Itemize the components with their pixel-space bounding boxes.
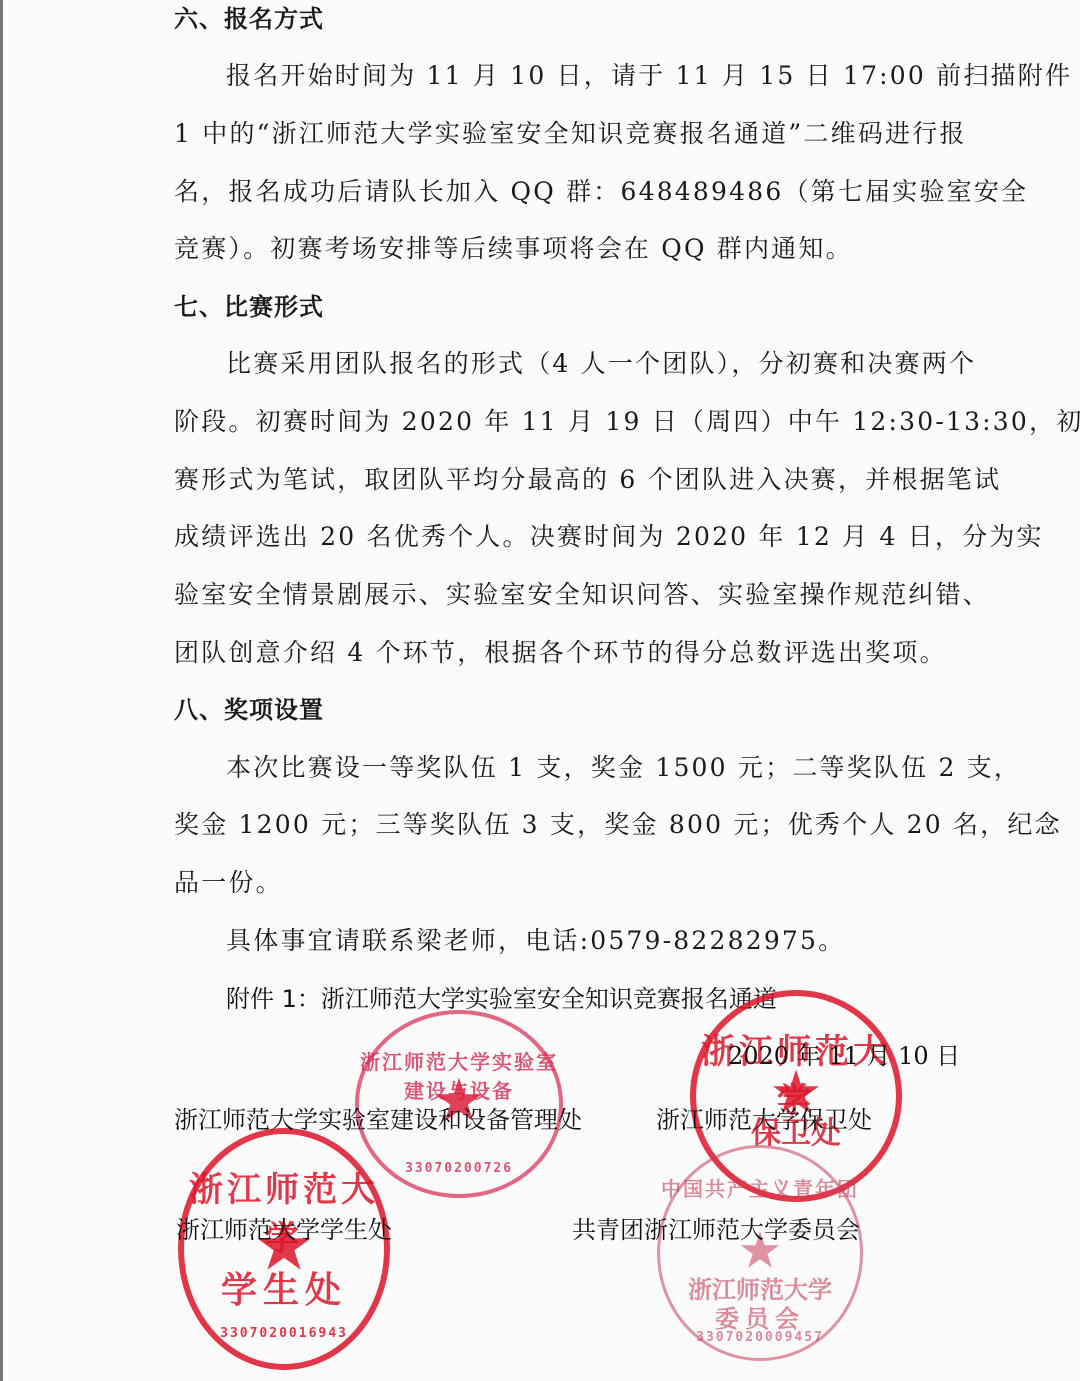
signatory-security-office: 浙江师范大学保卫处	[656, 1104, 872, 1136]
paragraph-line: 1 中的“浙江师范大学实验室安全知识竞赛报名通道”二维码进行报	[174, 117, 944, 151]
paragraph-line: 奖金 1200 元；三等奖队伍 3 支，奖金 800 元；优秀个人 20 名，纪…	[174, 808, 944, 842]
section-heading-awards: 八、奖项设置	[174, 693, 944, 727]
paragraph-line: 名，报名成功后请队长加入 QQ 群：648489486（第七届实验室安全	[174, 175, 944, 209]
paragraph-line: 成绩评选出 20 名优秀个人。决赛时间为 2020 年 12 月 4 日，分为实	[174, 520, 944, 554]
stamp-student-affairs: 浙江师范大学 ★ 学生处 3307020016943	[178, 1128, 390, 1370]
paragraph-line: 赛形式为笔试，取团队平均分最高的 6 个团队进入决赛，并根据笔试	[174, 463, 944, 497]
paragraph-line: 竞赛）。初赛考场安排等后续事项将会在 QQ 群内通知。	[174, 232, 944, 266]
paragraph-line: 品一份。	[174, 866, 944, 900]
attachment-line: 附件 1：浙江师范大学实验室安全知识竞赛报名通道	[226, 983, 777, 1015]
signatory-youth-league: 共青团浙江师范大学委员会	[572, 1214, 860, 1246]
paragraph-line: 团队创意介绍 4 个环节，根据各个环节的得分总数评选出奖项。	[174, 636, 944, 670]
paragraph-line: 验室安全情景剧展示、实验室安全知识问答、实验室操作规范纠错、	[174, 578, 944, 612]
signatory-lab-office: 浙江师范大学实验室建设和设备管理处	[174, 1104, 582, 1136]
document-page: 六、报名方式 报名开始时间为 11 月 10 日，请于 11 月 15 日 17…	[0, 0, 1080, 1381]
paragraph-line: 比赛采用团队报名的形式（4 人一个团队），分初赛和决赛两个	[226, 347, 996, 381]
section-heading-registration: 六、报名方式	[174, 2, 944, 36]
stamp-youth-league: 中国共产主义青年团 ★ 浙江师范大学 委员会 3307020009457	[657, 1145, 863, 1361]
section-heading-format: 七、比赛形式	[174, 290, 944, 324]
document-date: 2020 年 11 月 10 日	[728, 1040, 960, 1072]
contact-line: 具体事宜请联系梁老师，电话:0579-82282975。	[226, 924, 996, 958]
paragraph-line: 报名开始时间为 11 月 10 日，请于 11 月 15 日 17:00 前扫描…	[226, 59, 996, 93]
stamp-security-office: 浙江师范大学 ★ 保卫处	[690, 990, 902, 1202]
signatory-student-affairs: 浙江师范大学学生处	[176, 1214, 392, 1246]
paragraph-line: 本次比赛设一等奖队伍 1 支，奖金 1500 元；二等奖队伍 2 支，	[226, 751, 996, 785]
paragraph-line: 阶段。初赛时间为 2020 年 11 月 19 日（周四）中午 12:30-13…	[174, 405, 944, 439]
